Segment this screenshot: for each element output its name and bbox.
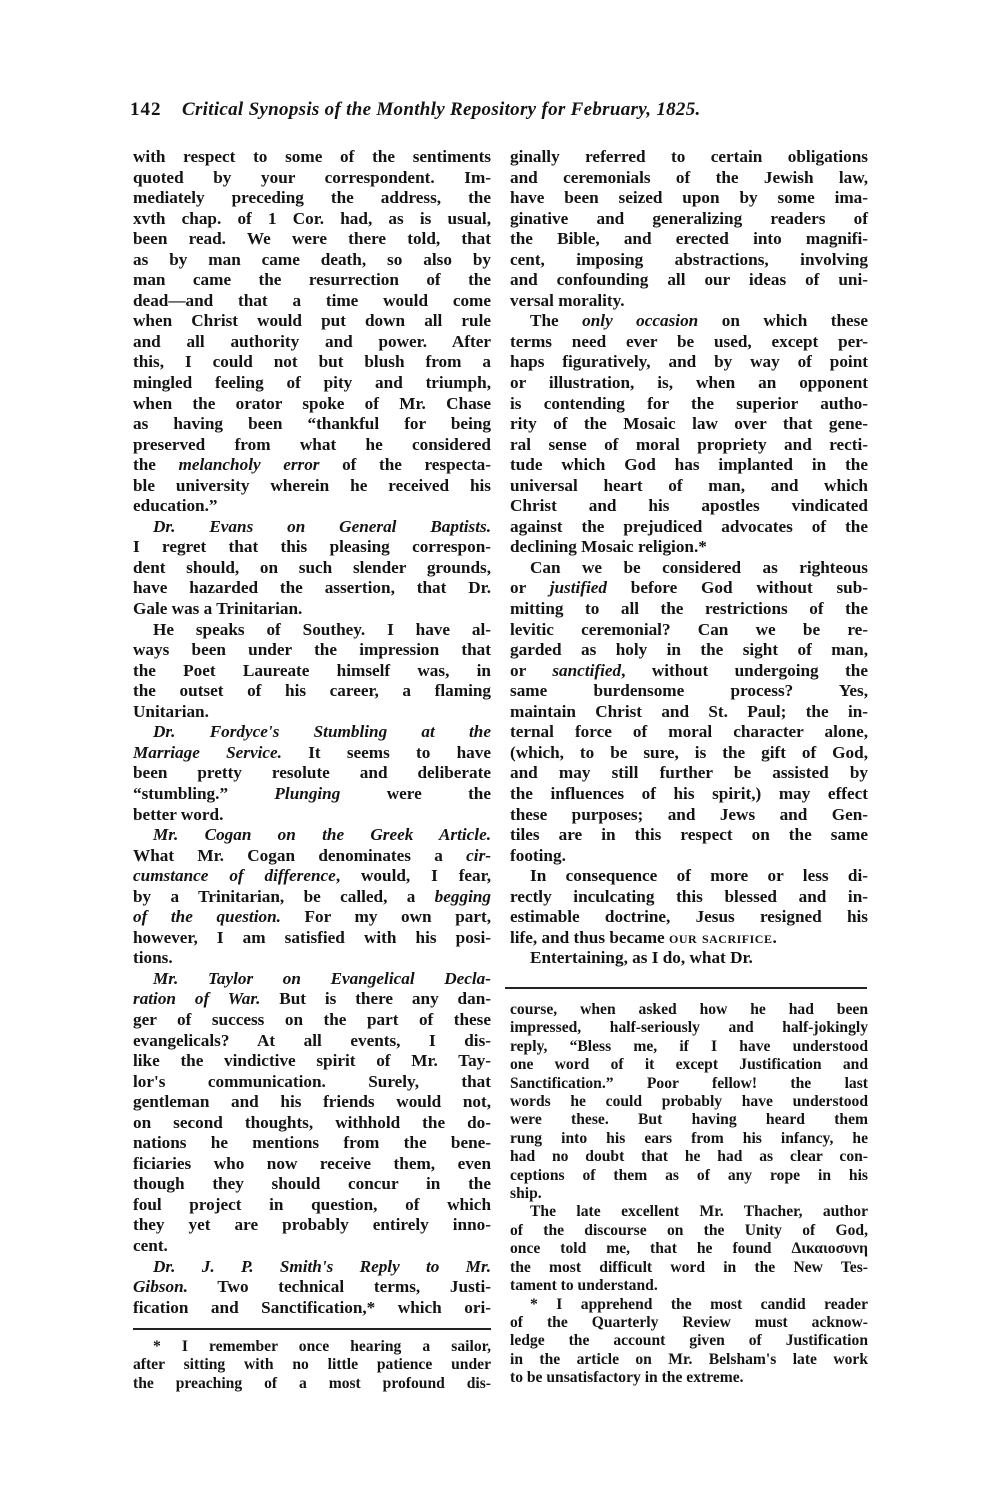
text-line: the influences of his spirit,) may effec… — [510, 784, 868, 805]
footnote-line: the most difficult word in the New Tes- — [510, 1259, 868, 1277]
text-line: when Christ would put down all rule — [133, 311, 491, 332]
text-line: Dr. Fordyce's Stumbling at the — [133, 722, 491, 743]
footnote-rule-right — [505, 987, 867, 989]
footnote-line: The late excellent Mr. Thacher, author — [510, 1203, 868, 1221]
right-footnote: course, when asked how he had beenimpres… — [510, 1001, 868, 1388]
text-line: ble university wherein he received his — [133, 476, 491, 497]
text-line: however, I am satisfied with his posi- — [133, 928, 491, 949]
text-line: In consequence of more or less di- — [510, 866, 868, 887]
text-line: of the question. For my own part, — [133, 907, 491, 928]
text-line: (which, to be sure, is the gift of God, — [510, 743, 868, 764]
text-line: Can we be considered as righteous — [510, 558, 868, 579]
text-line: or sanctified, without undergoing the — [510, 661, 868, 682]
text-line: mediately preceding the address, the — [133, 188, 491, 209]
text-line: cent, imposing abstractions, involving — [510, 250, 868, 271]
text-line: Dr. J. P. Smith's Reply to Mr. — [133, 1257, 491, 1278]
text-line: footing. — [510, 846, 868, 867]
text-line: as by man came death, so also by — [133, 250, 491, 271]
text-line: man came the resurrection of the — [133, 270, 491, 291]
footnote-line: in the article on Mr. Belsham's late wor… — [510, 1351, 868, 1369]
text-line: against the prejudiced advocates of the — [510, 517, 868, 538]
text-line: and ceremonials of the Jewish law, — [510, 168, 868, 189]
footnote-rule-left — [133, 1328, 491, 1330]
text-line: ficiaries who now receive them, even — [133, 1154, 491, 1175]
text-line: by a Trinitarian, be called, a begging — [133, 887, 491, 908]
running-title: Critical Synopsis of the Monthly Reposit… — [182, 99, 701, 121]
left-column: with respect to some of the sentimentsqu… — [133, 147, 491, 1318]
text-line: these purposes; and Jews and Gen- — [510, 805, 868, 826]
text-line: ration of War. But is there any dan- — [133, 989, 491, 1010]
footnote-line: reply, “Bless me, if I have understood — [510, 1038, 868, 1056]
text-line: Entertaining, as I do, what Dr. — [510, 948, 868, 969]
text-line: or justified before God without sub- — [510, 578, 868, 599]
text-line: mitting to all the restrictions of the — [510, 599, 868, 620]
text-line: “stumbling.” Plunging were the — [133, 784, 491, 805]
text-line: maintain Christ and St. Paul; the in- — [510, 702, 868, 723]
text-line: lor's communication. Surely, that — [133, 1072, 491, 1093]
text-line: have been seized upon by some ima- — [510, 188, 868, 209]
page-number: 142 — [130, 99, 162, 121]
text-line: rity of the Mosaic law over that gene- — [510, 414, 868, 435]
footnote-line: of the discourse on the Unity of God, — [510, 1222, 868, 1240]
text-line: preserved from what he considered — [133, 435, 491, 456]
text-line: cumstance of difference, would, I fear, — [133, 866, 491, 887]
text-line: declining Mosaic religion.* — [510, 537, 868, 558]
footnote-line: had no doubt that he had as clear con- — [510, 1148, 868, 1166]
text-line: The only occasion on which these — [510, 311, 868, 332]
text-line: cent. — [133, 1236, 491, 1257]
footnote-line: * I remember once hearing a sailor, — [133, 1338, 491, 1356]
text-line: ger of success on the part of these — [133, 1010, 491, 1031]
text-line: and may still further be assisted by — [510, 763, 868, 784]
text-line: Christ and his apostles vindicated — [510, 496, 868, 517]
text-line: been pretty resolute and deliberate — [133, 763, 491, 784]
text-line: tions. — [133, 948, 491, 969]
text-line: levitic ceremonial? Can we be re- — [510, 620, 868, 641]
text-line: universal heart of man, and which — [510, 476, 868, 497]
text-line: garded as holy in the sight of man, — [510, 640, 868, 661]
text-line: the melancholy error of the respecta- — [133, 455, 491, 476]
text-line: haps figuratively, and by way of point — [510, 352, 868, 373]
text-line: fication and Sanctification,* which ori- — [133, 1298, 491, 1319]
text-line: I regret that this pleasing correspon- — [133, 537, 491, 558]
footnote-line: of the Quarterly Review must acknow- — [510, 1314, 868, 1332]
text-line: xvth chap. of 1 Cor. had, as is usual, — [133, 209, 491, 230]
text-line: dent should, on such slender grounds, — [133, 558, 491, 579]
footnote-line: ledge the account given of Justification — [510, 1332, 868, 1350]
footnote-line: after sitting with no little patience un… — [133, 1356, 491, 1374]
footnote-line: * I apprehend the most candid reader — [510, 1296, 868, 1314]
text-line: life, and thus became our sacrifice. — [510, 928, 868, 949]
text-line: What Mr. Cogan denominates a cir- — [133, 846, 491, 867]
text-line: the Poet Laureate himself was, in — [133, 661, 491, 682]
footnote-line: to be unsatisfactory in the extreme. — [510, 1369, 868, 1387]
text-line: ginally referred to certain obligations — [510, 147, 868, 168]
text-line: when the orator spoke of Mr. Chase — [133, 394, 491, 415]
footnote-line: once told me, that he found Δικαιοσυνη — [510, 1240, 868, 1258]
footnote-line: tament to understand. — [510, 1277, 868, 1295]
text-line: and all authority and power. After — [133, 332, 491, 353]
text-line: Mr. Cogan on the Greek Article. — [133, 825, 491, 846]
text-line: the outset of his career, a flaming — [133, 681, 491, 702]
text-line: is contending for the superior autho- — [510, 394, 868, 415]
footnote-line: ship. — [510, 1185, 868, 1203]
text-line: as having been “thankful for being — [133, 414, 491, 435]
text-line: on second thoughts, withhold the do- — [133, 1113, 491, 1134]
text-line: same burdensome process? Yes, — [510, 681, 868, 702]
text-line: He speaks of Southey. I have al- — [133, 620, 491, 641]
text-line: ternal force of moral character alone, — [510, 722, 868, 743]
text-line: Unitarian. — [133, 702, 491, 723]
text-line: mingled feeling of pity and triumph, — [133, 373, 491, 394]
text-line: and confounding all our ideas of uni- — [510, 270, 868, 291]
footnote-line: the preaching of a most profound dis- — [133, 1375, 491, 1393]
text-line: estimable doctrine, Jesus resigned his — [510, 907, 868, 928]
text-line: the Bible, and erected into magnifi- — [510, 229, 868, 250]
footnote-line: one word of it except Justification and — [510, 1056, 868, 1074]
text-line: ginative and generalizing readers of — [510, 209, 868, 230]
footnote-line: impressed, half-seriously and half-jokin… — [510, 1019, 868, 1037]
text-line: Mr. Taylor on Evangelical Decla- — [133, 969, 491, 990]
text-line: Gibson. Two technical terms, Justi- — [133, 1277, 491, 1298]
text-line: Gale was a Trinitarian. — [133, 599, 491, 620]
footnote-line: Sanctification.” Poor fellow! the last — [510, 1075, 868, 1093]
text-line: ways been under the impression that — [133, 640, 491, 661]
footnote-line: rung into his ears from his infancy, he — [510, 1130, 868, 1148]
text-line: education.” — [133, 496, 491, 517]
text-line: nations he mentions from the bene- — [133, 1133, 491, 1154]
text-line: tiles are in this respect on the same — [510, 825, 868, 846]
text-line: foul project in question, of which — [133, 1195, 491, 1216]
footnote-line: ceptions of them as of any rope in his — [510, 1167, 868, 1185]
text-line: terms need ever be used, except per- — [510, 332, 868, 353]
text-line: rectly inculcating this blessed and in- — [510, 887, 868, 908]
text-line: versal morality. — [510, 291, 868, 312]
text-line: gentleman and his friends would not, — [133, 1092, 491, 1113]
text-line: this, I could not but blush from a — [133, 352, 491, 373]
text-line: or illustration, is, when an opponent — [510, 373, 868, 394]
text-line: they yet are probably entirely inno- — [133, 1215, 491, 1236]
text-line: quoted by your correspondent. Im- — [133, 168, 491, 189]
text-line: been read. We were there told, that — [133, 229, 491, 250]
text-line: better word. — [133, 805, 491, 826]
running-header: 142 Critical Synopsis of the Monthly Rep… — [130, 99, 880, 129]
footnote-line: course, when asked how he had been — [510, 1001, 868, 1019]
footnote-line: words he could probably have understood — [510, 1093, 868, 1111]
text-line: evangelicals? At all events, I dis- — [133, 1031, 491, 1052]
text-line: Marriage Service. It seems to have — [133, 743, 491, 764]
text-line: tude which God has implanted in the — [510, 455, 868, 476]
text-line: have hazarded the assertion, that Dr. — [133, 578, 491, 599]
text-line: though they should concur in the — [133, 1174, 491, 1195]
text-line: with respect to some of the sentiments — [133, 147, 491, 168]
text-line: like the vindictive spirit of Mr. Tay- — [133, 1051, 491, 1072]
text-line: dead—and that a time would come — [133, 291, 491, 312]
text-line: ral sense of moral propriety and recti- — [510, 435, 868, 456]
left-footnote: * I remember once hearing a sailor,after… — [133, 1338, 491, 1393]
footnote-line: were these. But having heard them — [510, 1111, 868, 1129]
text-line: Dr. Evans on General Baptists. — [133, 517, 491, 538]
right-column: ginally referred to certain obligationsa… — [510, 147, 868, 969]
